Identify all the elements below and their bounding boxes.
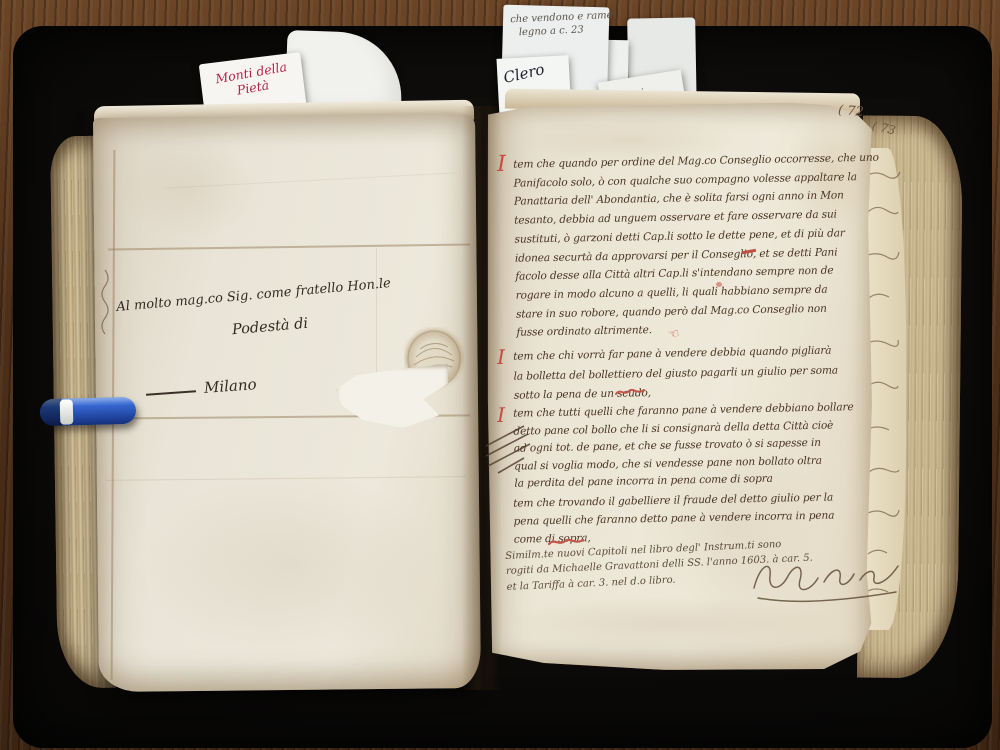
rubricated-initial: I [497, 154, 506, 176]
manicule-icon: ☜ [667, 327, 681, 343]
signature-flourish [746, 546, 906, 613]
manuscript-paragraph: I tem che chi vorrà far pane à vendere d… [497, 341, 854, 406]
red-flourish-icon [615, 385, 645, 403]
address-line: Milano [203, 375, 257, 397]
tab-note-line: legno a c. 23 [519, 23, 584, 39]
manuscript-paragraph: I tem che tutti quelli che faranno pane … [497, 399, 860, 494]
pen-cap-band [60, 399, 74, 424]
spine-margin-marks [98, 268, 112, 345]
blue-pen [40, 397, 137, 427]
photo-background: che vendono e rame legno a c. 23 Monti d… [0, 0, 1000, 750]
folio-number: ( 72 [837, 103, 864, 120]
rubricated-initial: I [497, 346, 505, 368]
margin-hash-marks [484, 420, 548, 479]
tab-clero-label: Clero [502, 60, 546, 87]
manuscript-paragraph: I tem che quando per ordine del Mag.co C… [497, 149, 862, 343]
red-flourish-icon [548, 535, 584, 553]
red-ink-smudge [716, 282, 722, 287]
gutter-shadow [462, 106, 502, 690]
